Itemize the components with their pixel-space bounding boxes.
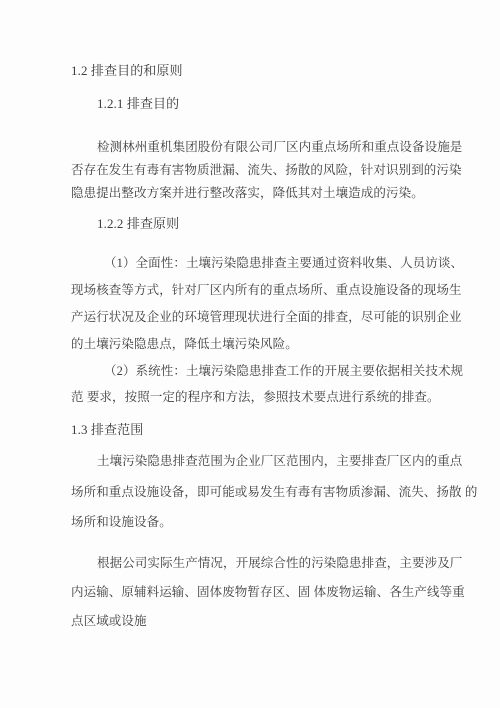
section-heading-1-3: 1.3 排查范围 [71,420,450,440]
document-page: 1.2 排查目的和原则 1.2.1 排查目的 检测林州重机集团股份有限公司厂区内… [0,0,500,708]
text-line: 产运行状况及企业的环境管理现状进行全面的排查，尽可能的识别企业 [71,304,450,331]
text-line: 检测林州重机集团股份有限公司厂区内重点场所和重点设备设施是 [71,136,450,159]
text-line: 的土壤污染隐患点，降低土壤污染风险。 [71,331,450,358]
paragraph-purpose: 检测林州重机集团股份有限公司厂区内重点场所和重点设备设施是 否存在发生有毒有害物… [71,136,450,205]
text-line: 根据公司实际生产情况，开展综合性的污染隐患排查，主要涉及厂 [71,549,450,578]
text-line: （2）系统性：土壤污染隐患排查工作的开展主要依据相关技术规 [71,358,450,384]
subsection-heading-1-2-1: 1.2.1 排查目的 [97,94,450,114]
text-line: 隐患提出整改方案并进行整改落实，降低其对土壤造成的污染。 [71,182,450,205]
paragraph-comprehensiveness: （1）全面性：土壤污染隐患排查主要通过资料收集、人员访谈、 现场核查等方式，针对… [71,250,450,358]
paragraph-systematicness: （2）系统性：土壤污染隐患排查工作的开展主要依据相关技术规 范 要求，按照一定的… [71,358,450,410]
text-line: 范 要求，按照一定的程序和方法，参照技术要点进行系统的排查。 [71,384,450,410]
subsection-heading-1-2-2: 1.2.2 排查原则 [97,214,450,234]
text-line: 土壤污染隐患排查范围为企业厂区范围内，主要排查厂区内的重点 [71,446,450,477]
text-line: 否存在发生有毒有害物质泄漏、流失、扬散的风险，针对识别到的污染 [71,159,450,182]
text-line: 场所和重点设施设备，即可能或易发生有毒有害物质渗漏、流失、扬散 的 [71,477,450,508]
text-line: 点区域或设施 [71,607,450,636]
section-heading-1-2: 1.2 排查目的和原则 [71,61,450,81]
paragraph-actual-production: 根据公司实际生产情况，开展综合性的污染隐患排查，主要涉及厂 内运输、原辅料运输、… [71,549,450,636]
paragraph-scope: 土壤污染隐患排查范围为企业厂区范围内，主要排查厂区内的重点 场所和重点设施设备，… [71,446,450,538]
text-line: 内运输、原辅料运输、固体废物暂存区、固 体废物运输、各生产线等重 [71,578,450,607]
text-line: （1）全面性：土壤污染隐患排查主要通过资料收集、人员访谈、 [71,250,450,277]
text-line: 场所和设施设备。 [71,507,450,538]
text-line: 现场核查等方式，针对厂区内所有的重点场所、重点设施设备的现场生 [71,277,450,304]
